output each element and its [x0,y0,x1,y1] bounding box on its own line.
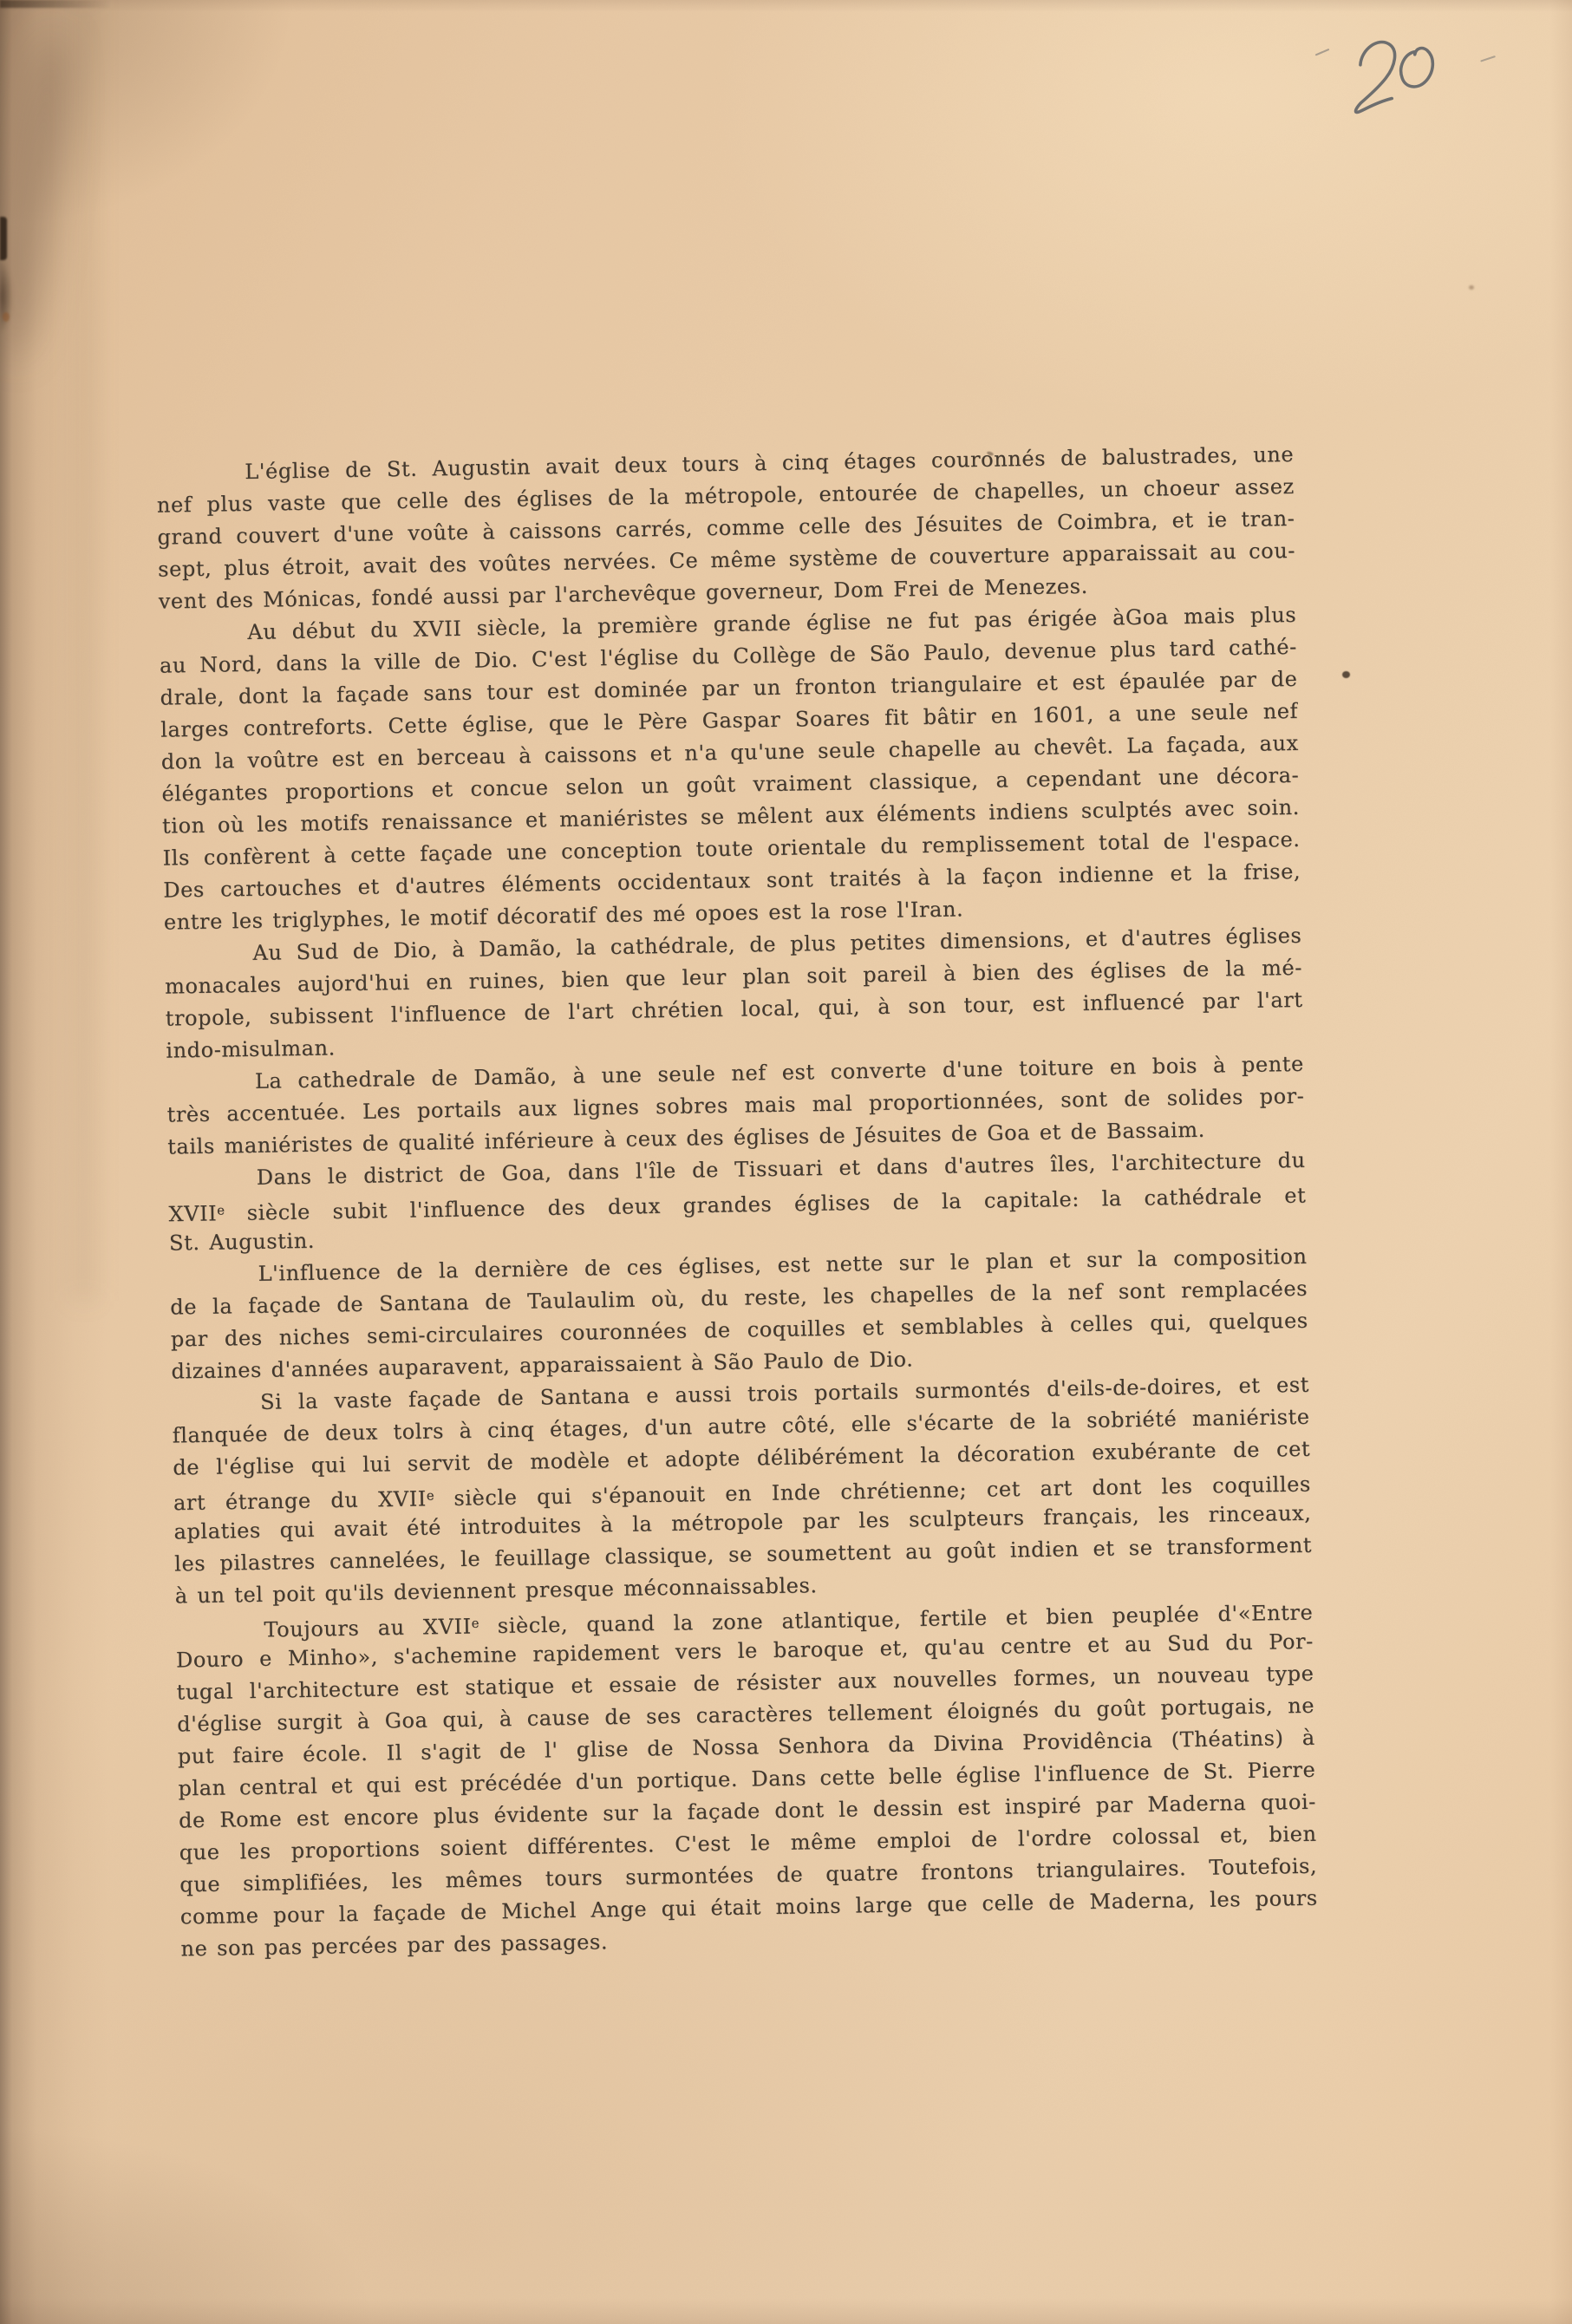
scan-speck [1469,285,1474,290]
paragraph: Dans le district de Goa, dans l'île de T… [168,1145,1308,1260]
scan-speck [1342,671,1350,678]
left-crease-shadow [0,29,75,362]
gutter-edge-mark [0,262,12,331]
document-text: L'église de St. Augustin avait deux tour… [156,439,1319,1966]
scanned-page: { "colors": { "paper": "#e9cba8", "paper… [0,0,1572,2324]
left-fold-shadow [73,0,95,1301]
paragraph: Au début du XVII siècle, la première gra… [159,599,1301,939]
paragraph: Si la vaste façade de Santana e aussi tr… [172,1369,1313,1613]
paragraph: Au Sud de Dio, à Damão, la cathédrale, d… [164,920,1303,1067]
superscript: e [471,1616,479,1631]
top-edge-mark [0,0,130,8]
pencil-numeral-20 [1305,26,1504,126]
handwritten-page-number: 20 [1305,26,1504,126]
paragraph: L'église de St. Augustin avait deux tour… [156,439,1296,618]
paragraph: Toujours au XVIIe siècle, quand la zone … [175,1594,1319,1966]
paragraph: L'influence de la dernière de ces église… [169,1241,1308,1388]
gutter-edge-mark [0,217,7,260]
scan-speck [3,312,10,322]
paragraph: La cathedrale de Damão, à une seule nef … [166,1048,1306,1164]
superscript: e [427,1488,434,1504]
superscript: e [217,1202,225,1217]
